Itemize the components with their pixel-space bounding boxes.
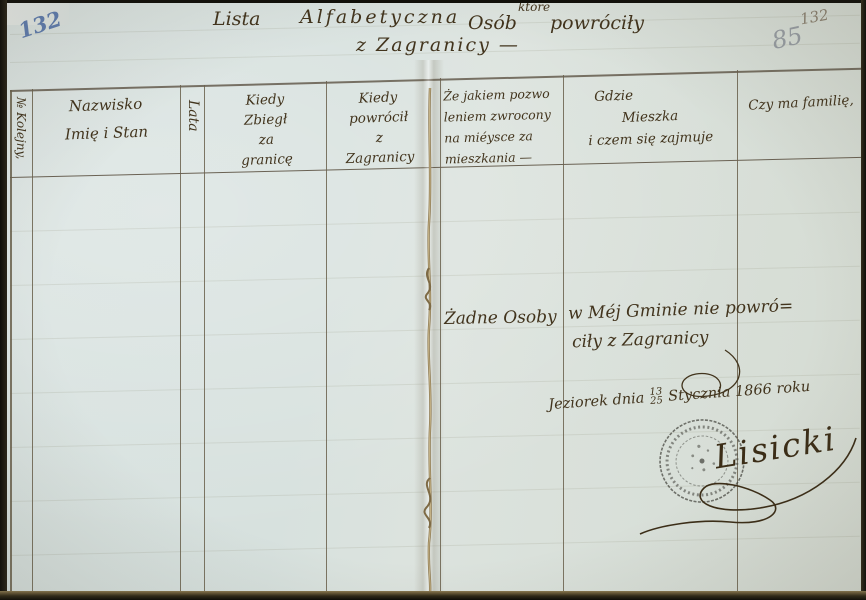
column-divider [563,75,564,591]
column-header-fled-abroad: Kiedy Zbiegł za granicę [207,88,326,172]
scanned-register-page: 132 132 85 Lista Alfabetyczna Osób które… [0,0,866,600]
binding-seam [414,60,444,591]
title-word-osob: Osób [468,12,517,34]
dateline-rest: Stycznia 1866 roku [668,379,811,405]
column-divider [180,85,181,591]
title-word-powrocily: powróciły [550,12,644,34]
column-header-residence: Gdzie Mieszka i czem się zajmuje [566,81,734,153]
column-header-family: Czy ma familię, [742,92,861,114]
note-left-cell: Żadne Osoby [444,307,557,329]
scan-edge-top [0,0,866,3]
column-divider [326,81,327,591]
paper-background: 132 132 85 Lista Alfabetyczna Osób które… [0,0,866,600]
page-number-pencil: 85 [769,21,805,55]
column-header-permission: Że jakiem pozwo leniem zwrocony na miéys… [443,82,563,169]
column-header-name: Nazwisko Imię i Stan [35,94,177,145]
title-word-lista: Lista [213,8,260,30]
column-divider [32,89,33,591]
column-divider [737,70,738,591]
dateline-date-fraction: 13 25 [649,387,663,406]
title-line2: z Zagranicy — [356,34,520,56]
dateline: Jeziorek dnia 13 25 Stycznia 1866 roku [548,377,811,413]
dateline-place: Jeziorek dnia [548,390,645,413]
table-border-left [10,90,12,591]
column-header-number: № Kolejny, [14,97,28,159]
scan-edge-bottom [0,591,866,600]
title-word-alfabetyczna: Alfabetyczna [300,6,460,28]
note-right-line2: ciły z Zagranicy [572,328,709,353]
page-number-top-right: 132 [799,6,830,29]
scan-edge-left [0,0,7,600]
column-header-age: Lata [185,100,201,132]
scan-edge-right [861,0,866,600]
note-right-line1: w Méj Gminie nie powró= [568,296,794,324]
column-divider [204,85,205,591]
